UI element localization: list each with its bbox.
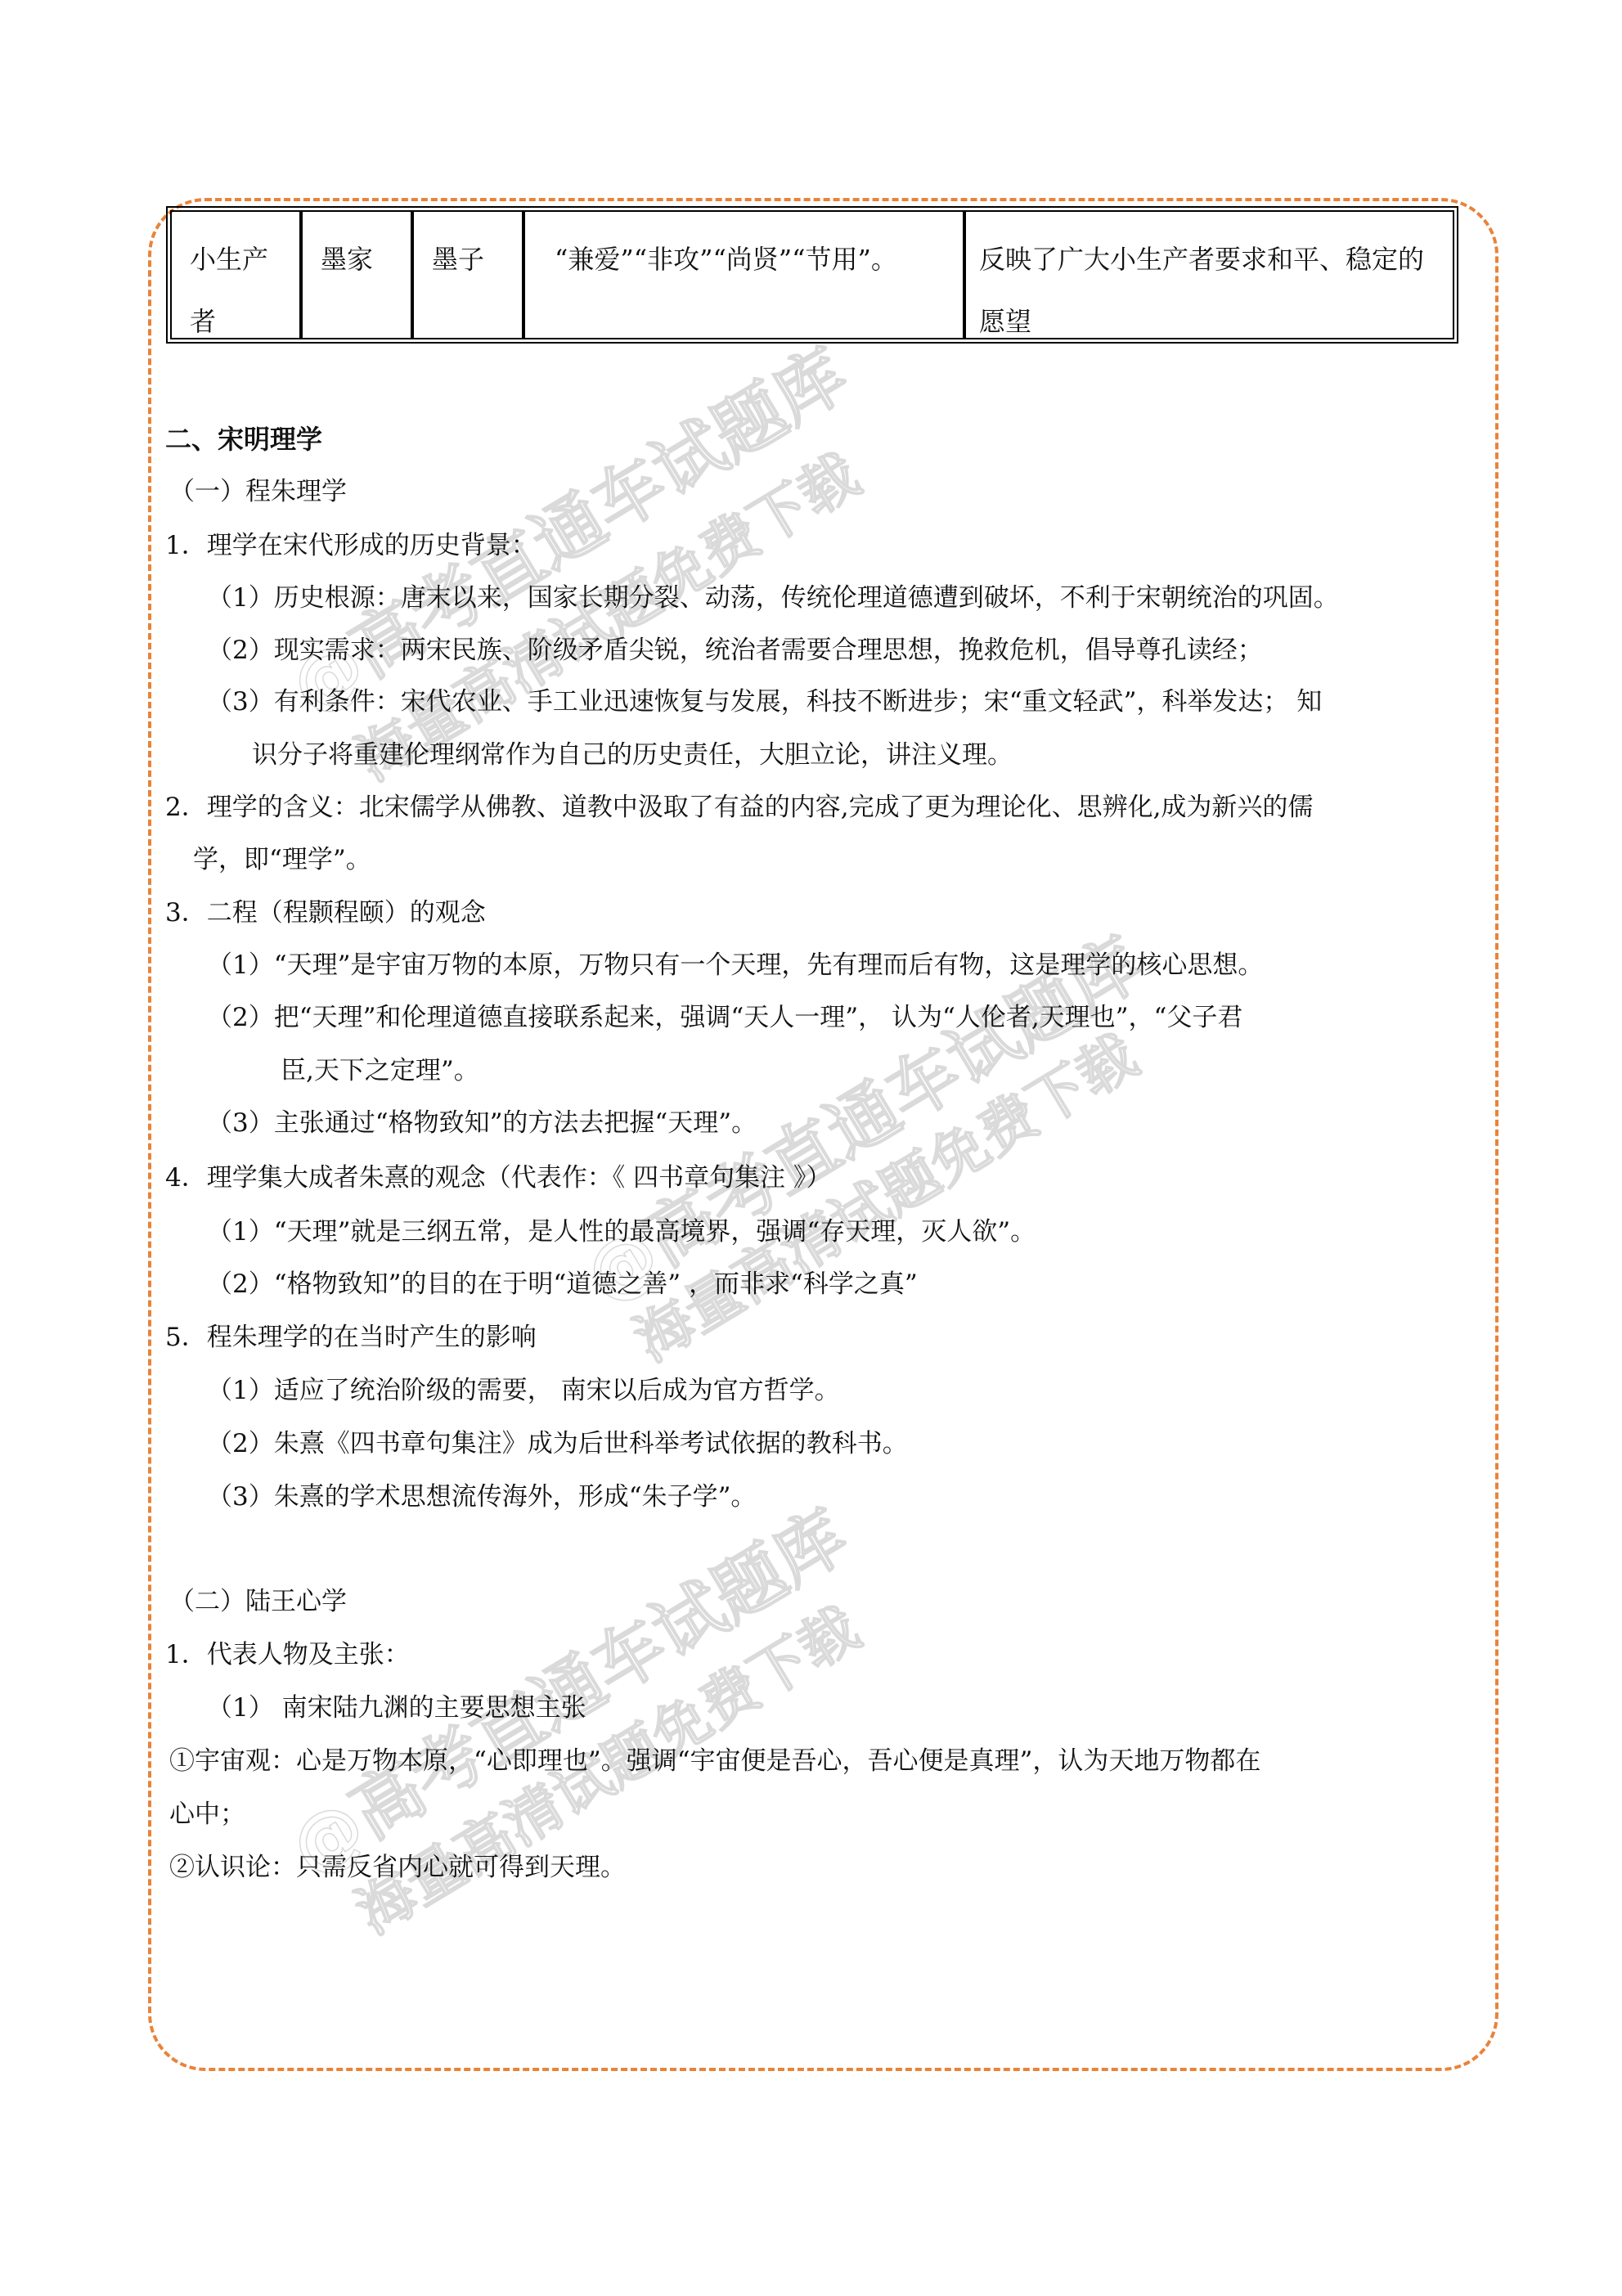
point-3-item-3: （3）主张通过“格物致知”的方法去把握“天理”。 bbox=[207, 1107, 757, 1139]
point-5-item-2: （2）朱熹《四书章句集注》成为后世科举考试依据的教科书。 bbox=[207, 1427, 908, 1460]
point-1-item-1: （1）历史根源：唐末以来，国家长期分裂、动荡，传统伦理道德遭到破坏，不利于宋朝统… bbox=[207, 582, 1339, 614]
point-2: 2．理学的含义：北宋儒学从佛教、道教中汲取了有益的内容,完成了更为理论化、思辨化… bbox=[165, 791, 1313, 824]
point-3-item-1: （1）“天理”是宇宙万物的本原，万物只有一个天理，先有理而后有物，这是理学的核心… bbox=[207, 949, 1263, 982]
subsection-heading: （一）程朱理学 bbox=[169, 475, 347, 508]
circled-point-2: ②认识论：只需反省内心就可得到天理。 bbox=[169, 1851, 626, 1884]
point-5-heading: 5．程朱理学的在当时产生的影响 bbox=[165, 1321, 537, 1354]
circled-point-1-cont: 心中； bbox=[169, 1798, 245, 1831]
point-1-heading: 1．理学在宋代形成的历史背景： bbox=[165, 529, 537, 562]
sub2-point-1-item-1: （1） 南宋陆九渊的主要思想主张 bbox=[207, 1692, 586, 1724]
subsection-heading-2: （二）陆王心学 bbox=[169, 1585, 347, 1618]
point-2-cont: 学，即“理学”。 bbox=[193, 843, 371, 876]
point-1-item-3: （3）有利条件：宋代农业、手工业迅速恢复与发展，科技不断进步；宋“重文轻武”，科… bbox=[207, 685, 1322, 718]
table-cell-school: 墨家 bbox=[303, 212, 414, 338]
section-heading: 二、宋明理学 bbox=[165, 423, 322, 456]
point-3-item-2-cont: 臣,天下之定理”。 bbox=[281, 1054, 479, 1087]
point-1-item-2: （2）现实需求：两宋民族、阶级矛盾尖锐，统治者需要合理思想，挽救危机，倡导尊孔读… bbox=[207, 634, 1263, 667]
point-5-item-3: （3）朱熹的学术思想流传海外，形成“朱子学”。 bbox=[207, 1480, 756, 1513]
table-cell-significance: 反映了广大小生产者要求和平、稳定的愿望 bbox=[966, 212, 1453, 338]
point-4-heading: 4．理学集大成者朱熹的观念（代表作：《 四书章句集注 》） bbox=[165, 1161, 831, 1194]
point-1-item-3-cont: 识分子将重建伦理纲常作为自己的历史责任，大胆立论，讲注义理。 bbox=[252, 739, 1013, 771]
point-5-item-1: （1）适应了统治阶级的需要， 南宋以后成为官方哲学。 bbox=[207, 1374, 840, 1407]
sub2-point-1-heading: 1．代表人物及主张： bbox=[165, 1638, 410, 1671]
point-3-item-2: （2）把“天理”和伦理道德直接联系起来，强调“天人一理”， 认为“人伦者,天理也… bbox=[207, 1001, 1242, 1034]
circled-point-1: ①宇宙观：心是万物本原，“心即理也”。强调“宇宙便是吾心，吾心便是真理”，认为天… bbox=[169, 1745, 1260, 1777]
table-cell-representative: 墨子 bbox=[414, 212, 525, 338]
table-cell-ideas: “兼爱”“非攻”“尚贤”“节用”。 bbox=[525, 212, 966, 338]
point-4-item-2: （2）“格物致知”的目的在于明“道德之善” ，而非求“科学之真” bbox=[207, 1268, 918, 1301]
point-3-heading: 3．二程（程颢程颐）的观念 bbox=[165, 896, 486, 929]
table-row: 小生产者 墨家 墨子 “兼爱”“非攻”“尚贤”“节用”。 反映了广大小生产者要求… bbox=[172, 212, 1453, 338]
point-4-item-1: （1）“天理”就是三纲五常，是人性的最高境界，强调“存天理，灭人欲”。 bbox=[207, 1215, 1036, 1248]
table-cell-class: 小生产者 bbox=[172, 212, 303, 338]
